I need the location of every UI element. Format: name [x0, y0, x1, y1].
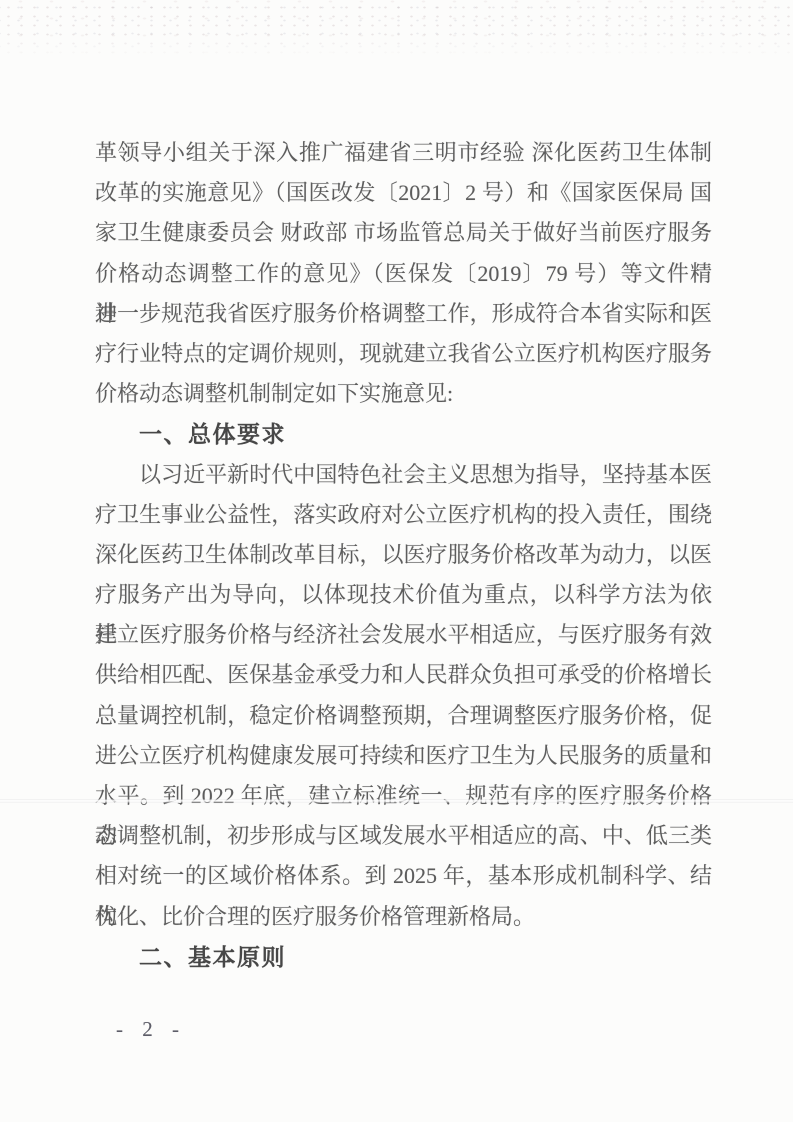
body-line: 优化、比价合理的医疗服务价格管理新格局。 — [95, 897, 712, 937]
body-line: 总量调控机制，稳定价格调整预期，合理调整医疗服务价格，促 — [95, 696, 712, 736]
section-heading-2: 二、基本原则 — [95, 937, 712, 977]
scan-noise-texture — [0, 0, 793, 58]
body-line: 疗卫生事业公益性，落实政府对公立医疗机构的投入责任，围绕 — [95, 495, 712, 535]
body-line: 价格动态调整工作的意见》（医保发〔2019〕79 号）等文件精神， — [95, 254, 712, 294]
body-line: 进一步规范我省医疗服务价格调整工作，形成符合本省实际和医 — [95, 294, 712, 334]
document-page: 革领导小组关于深入推广福建省三明市经验 深化医药卫生体制 改革的实施意见》（国医… — [0, 0, 793, 1122]
body-line: 建立医疗服务价格与经济社会发展水平相适应，与医疗服务有效 — [95, 615, 712, 655]
body-line: 进公立医疗机构健康发展可持续和医疗卫生为人民服务的质量和 — [95, 736, 712, 776]
body-line: 相对统一的区域价格体系。到 2025 年，基本形成机制科学、结构 — [95, 856, 712, 896]
page-number: - 2 - — [116, 1017, 186, 1042]
body-line: 水平。到 2022 年底，建立标准统一、规范有序的医疗服务价格动 — [95, 776, 712, 816]
scan-crease-line — [0, 799, 793, 803]
body-line: 改革的实施意见》（国医改发〔2021〕2 号）和《国家医保局 国 — [95, 173, 712, 213]
body-line: 以习近平新时代中国特色社会主义思想为指导，坚持基本医 — [95, 455, 712, 495]
section-heading-1: 一、总体要求 — [95, 414, 712, 454]
body-line: 疗行业特点的定调价规则，现就建立我省公立医疗机构医疗服务 — [95, 334, 712, 374]
body-line: 革领导小组关于深入推广福建省三明市经验 深化医药卫生体制 — [95, 133, 712, 173]
document-body: 革领导小组关于深入推广福建省三明市经验 深化医药卫生体制 改革的实施意见》（国医… — [95, 133, 712, 977]
body-line: 态调整机制，初步形成与区域发展水平相适应的高、中、低三类 — [95, 816, 712, 856]
body-line: 疗服务产出为导向，以体现技术价值为重点，以科学方法为依托， — [95, 575, 712, 615]
body-line: 家卫生健康委员会 财政部 市场监管总局关于做好当前医疗服务 — [95, 213, 712, 253]
body-line: 价格动态调整机制制定如下实施意见: — [95, 374, 712, 414]
body-line: 深化医药卫生体制改革目标，以医疗服务价格改革为动力，以医 — [95, 535, 712, 575]
body-line: 供给相匹配、医保基金承受力和人民群众负担可承受的价格增长 — [95, 655, 712, 695]
